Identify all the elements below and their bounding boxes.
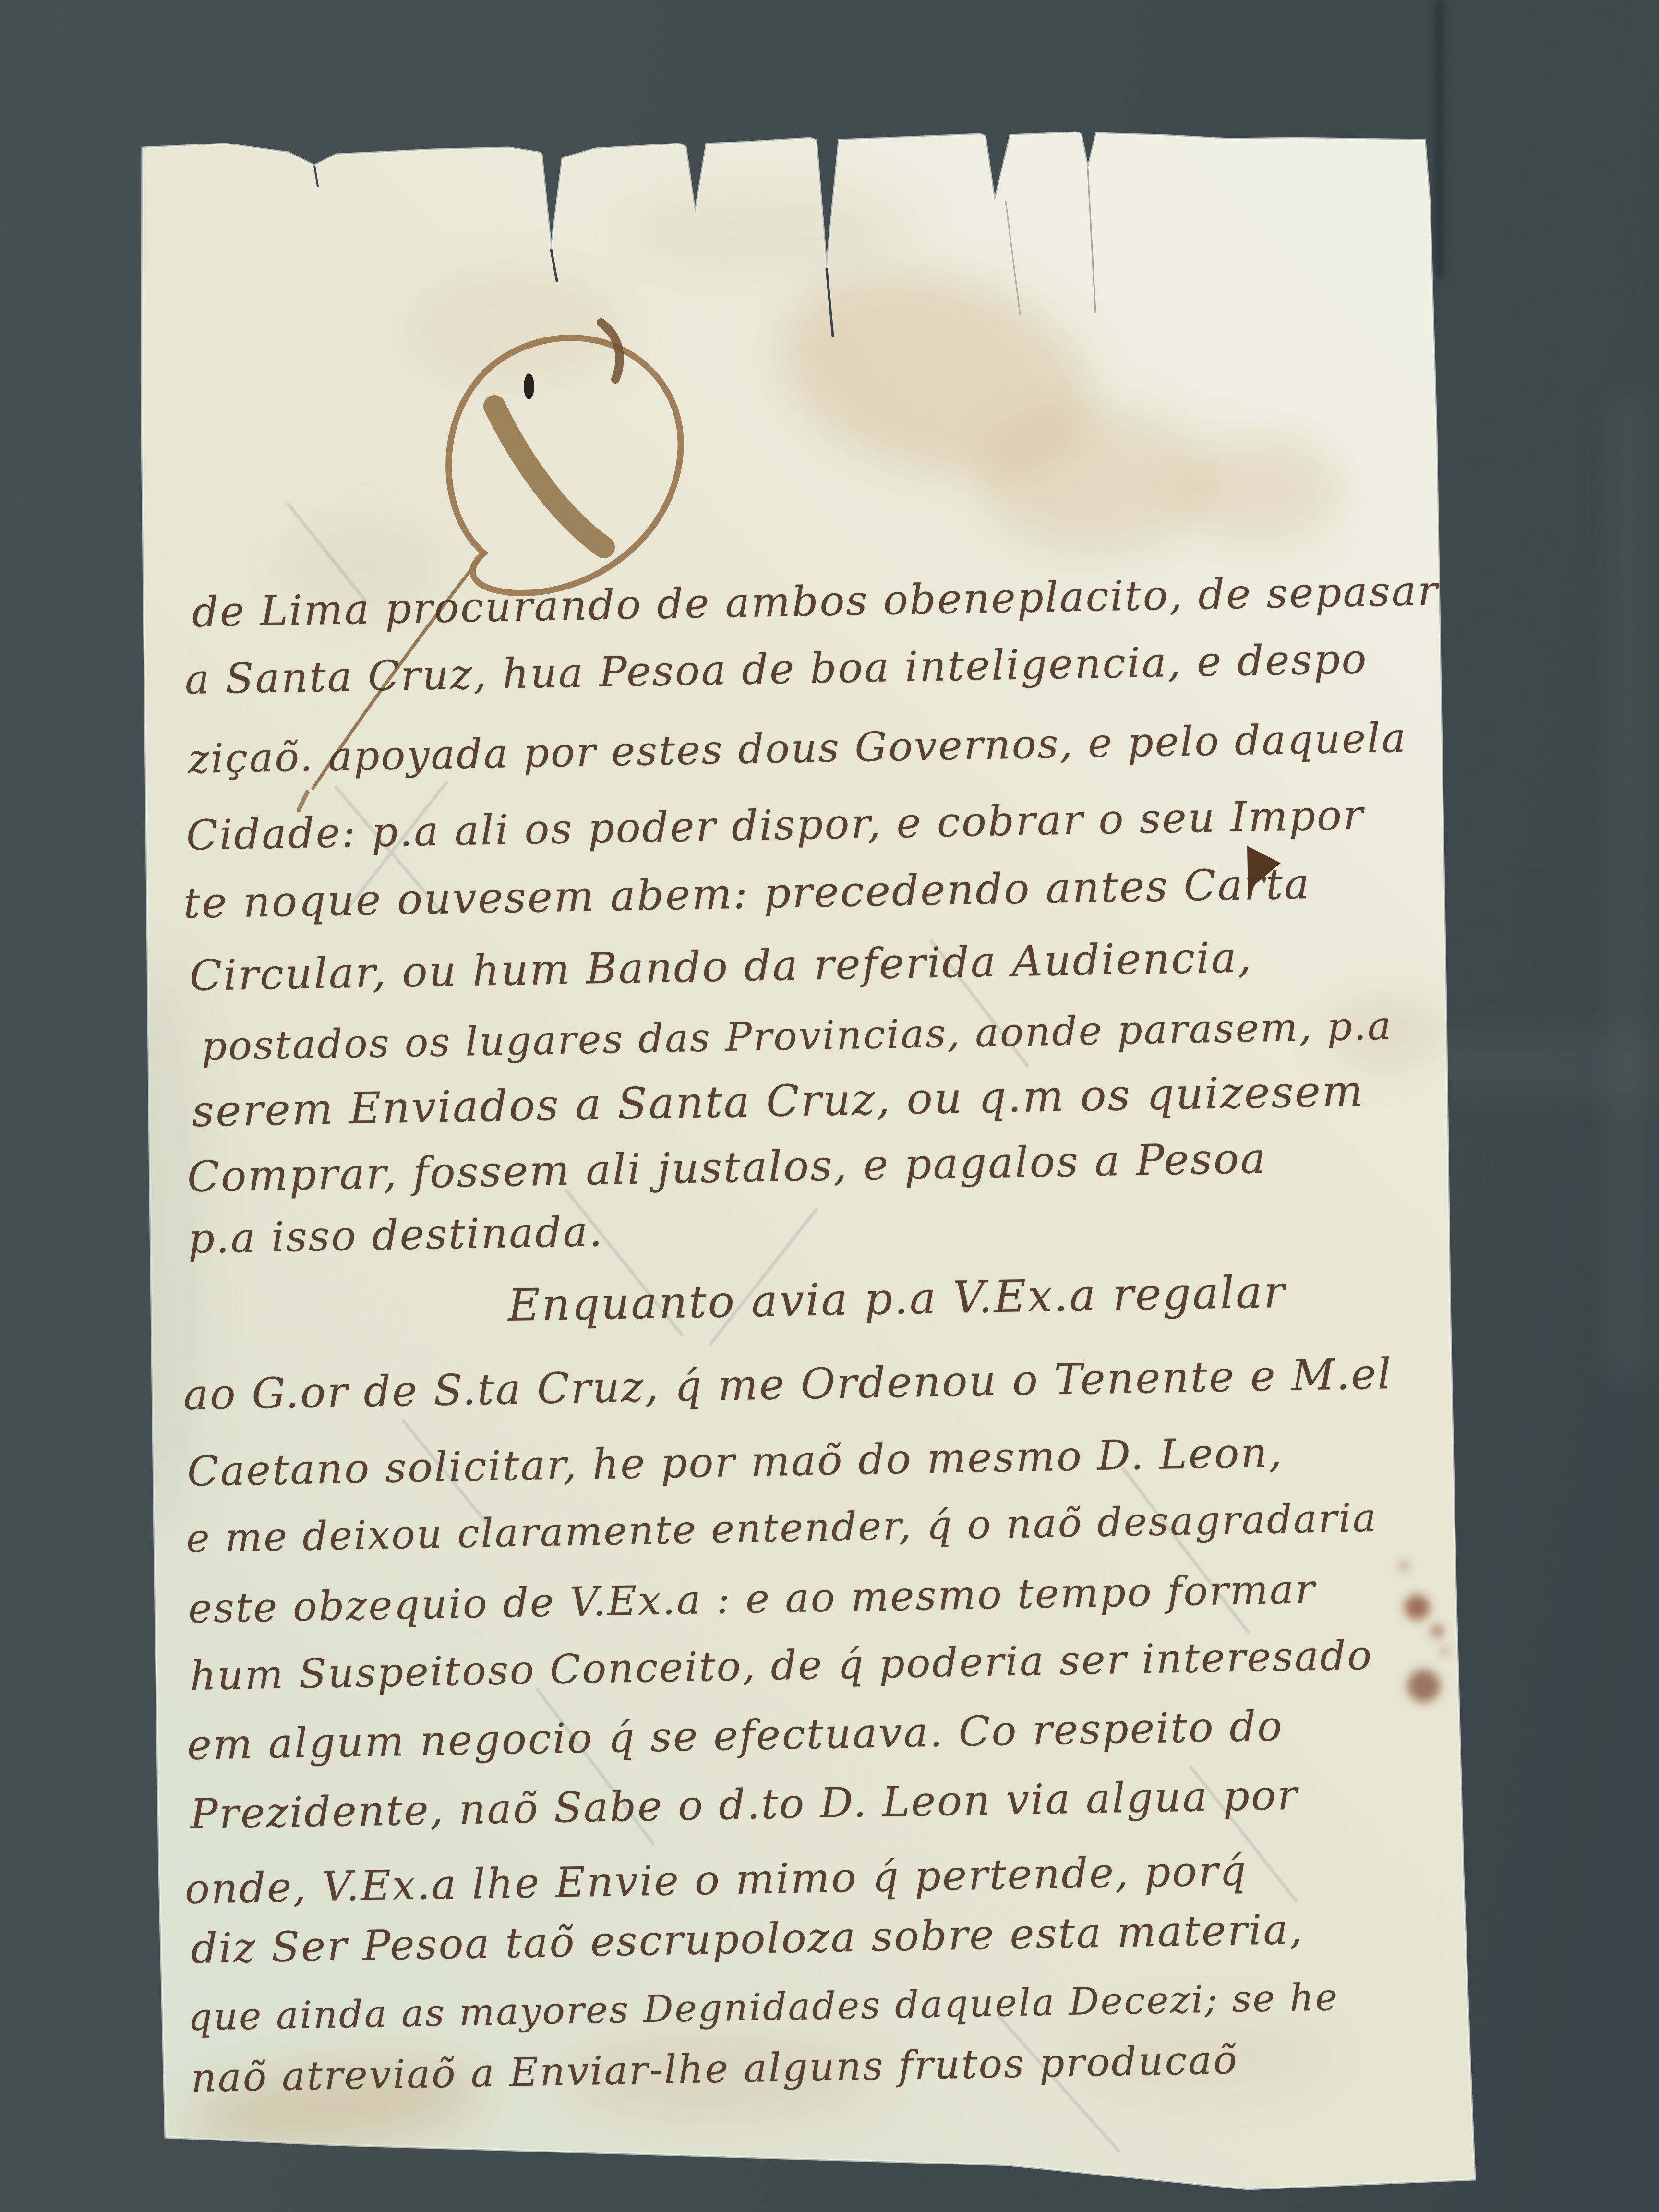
manuscript-line-14: e me deixou claramente entender, q́ o na… [186,1495,1378,1562]
manuscript-line-9: Comprar, fossem ali justalos, e pagalos … [187,1133,1267,1202]
manuscript-line-8: serem Enviados a Santa Cruz, ou q.m os q… [192,1066,1365,1137]
manuscript-line-1: de Lima procurando de ambos obeneplacito… [192,567,1439,637]
manuscript-line-5: te noque ouvesem abem: precedendo antes … [183,859,1311,928]
manuscript-line-11: Enquanto avia p.a V.Ex.a regalar [507,1266,1286,1331]
manuscript-line-2: a Santa Cruz, hua Pesoa de boa inteligen… [184,635,1368,704]
manuscript-line-13: Caetano solicitar, he por maõ do mesmo D… [187,1429,1284,1496]
manuscript-line-6: Circular, ou hum Bando da referida Audie… [189,932,1253,1000]
manuscript-line-10: p.a isso destinada. [188,1208,604,1263]
manuscript-line-16: hum Suspeitoso Conceito, de q́ poderia s… [190,1632,1373,1699]
manuscript-line-15: este obzequio de V.Ex.a : e ao mesmo tem… [188,1565,1316,1632]
manuscript-line-20: diz Ser Pesoa taõ escrupoloza sobre esta… [191,1906,1304,1973]
manuscript-line-22: naõ atreviaõ a Enviar-lhe alguns frutos … [191,2037,1238,2101]
manuscript-line-3: ziçaõ. apoyada por estes dous Governos, … [188,714,1407,782]
manuscript-line-4: Cidade: p.a ali os poder dispor, e cobra… [186,791,1365,860]
photograph-background: de Lima procurando de ambos obeneplacito… [0,0,1659,2212]
manuscript-line-18: Prezidente, naõ Sabe o d.to D. Leon via … [190,1771,1298,1839]
manuscript-line-17: em algum negocio q́ se efectuava. Co res… [187,1702,1284,1769]
manuscript-line-21: que ainda as mayores Degnidades daquela … [188,1976,1339,2039]
manuscript-line-19: onde, V.Ex.a lhe Envie o mimo q́ pertend… [184,1847,1248,1913]
manuscript-line-7: postados os lugares das Provincias, aond… [201,1003,1393,1070]
handwritten-text-block: de Lima procurando de ambos obeneplacito… [0,0,1659,2212]
manuscript-line-12: ao G.or de S.ta Cruz, q́ me Ordenou o Te… [183,1349,1393,1419]
